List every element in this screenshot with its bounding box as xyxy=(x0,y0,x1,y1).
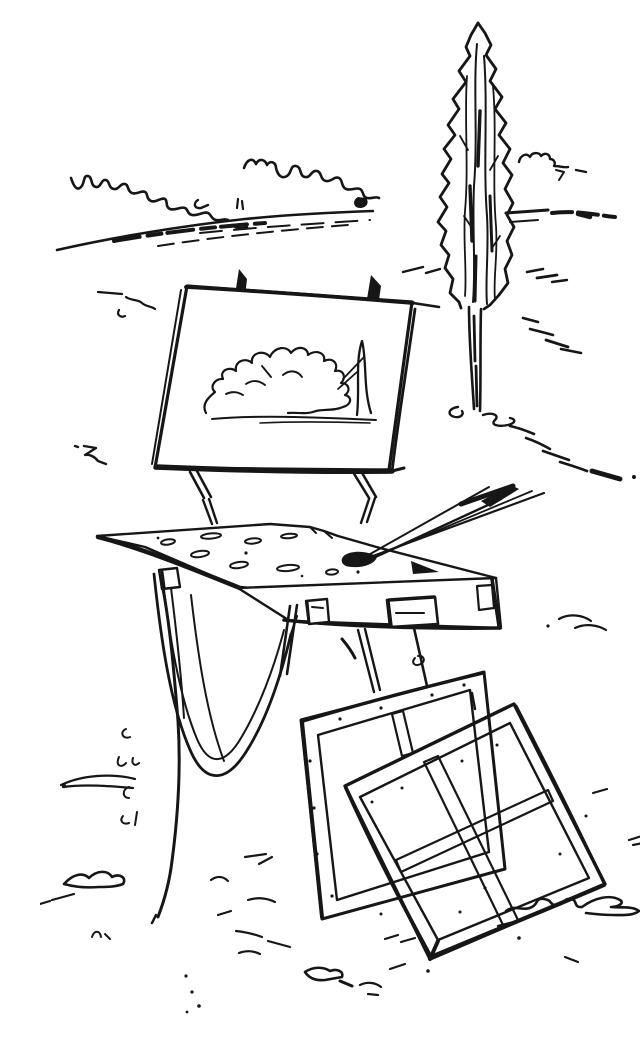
road-line-right-blob xyxy=(578,214,590,217)
frame-dot xyxy=(308,759,311,762)
latch-small-detail xyxy=(312,607,323,608)
ink-sketch-figure xyxy=(40,16,640,1022)
frame-dot xyxy=(371,801,374,804)
frame-dot xyxy=(559,853,562,856)
grass-dot xyxy=(62,784,66,788)
frame-dot xyxy=(585,815,588,818)
ground-dot xyxy=(426,969,430,973)
poplar-dark-streak xyxy=(478,111,480,166)
frame-dot xyxy=(461,760,464,763)
track-dot xyxy=(632,475,636,479)
frame-dot xyxy=(459,911,462,914)
ground-dot xyxy=(517,936,521,940)
poplar-trunk-right xyxy=(480,309,481,411)
ground-dot xyxy=(184,974,187,977)
frame-dot xyxy=(338,717,341,720)
paint-dot xyxy=(157,537,160,540)
frame-dot xyxy=(380,913,383,916)
poplar-dark-streak xyxy=(475,256,476,301)
ground-dot xyxy=(483,886,486,889)
poplar-dark-streak xyxy=(490,196,492,251)
frame-dot xyxy=(430,693,433,696)
plein-air-sketch xyxy=(40,16,640,1022)
paint-dot xyxy=(356,570,359,573)
frame-dot xyxy=(401,787,404,790)
canvas-panel xyxy=(155,286,412,470)
frame-dot xyxy=(312,806,315,809)
latch-small-shade xyxy=(307,602,309,623)
ground-dot xyxy=(186,1011,189,1014)
frame-dot xyxy=(496,744,499,747)
frame-dot xyxy=(330,894,333,897)
ground-dot xyxy=(546,624,549,627)
paint-dot xyxy=(301,575,304,578)
frame-dot xyxy=(462,683,465,686)
box-right-fitting xyxy=(477,585,494,610)
frame-dot xyxy=(379,706,382,709)
paint-dot xyxy=(244,551,247,554)
poplar-dark-streak xyxy=(470,186,472,241)
ground-dot xyxy=(197,1004,201,1008)
frame-dot xyxy=(315,852,318,855)
ground-dot xyxy=(190,990,193,993)
